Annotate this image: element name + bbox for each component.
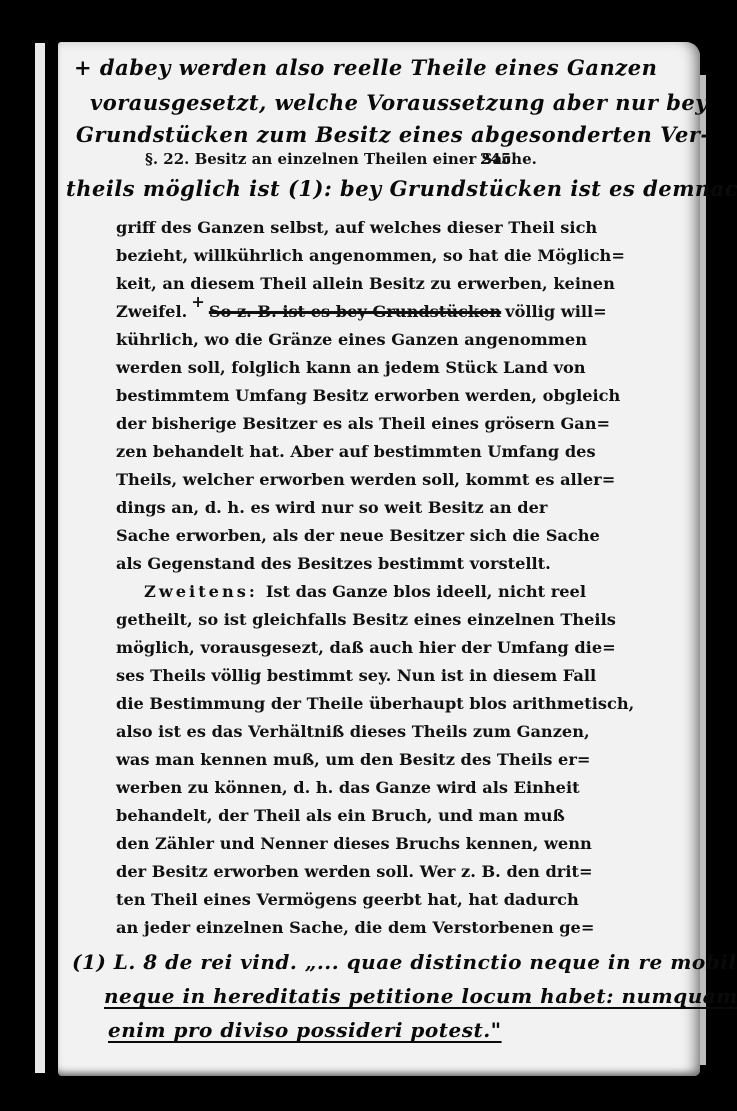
text-line: den Zähler und Nenner dieses Bruchs kenn… (116, 834, 576, 853)
text-line: also ist es das Verhältniß dieses Theils… (116, 722, 576, 741)
handwritten-line-4: theils möglich ist (1): bey Grundstücken… (66, 176, 737, 201)
section-number: §. 22. (145, 150, 189, 168)
text-line: behandelt, der Theil als ein Bruch, und … (116, 806, 576, 825)
text-line: der bisherige Besitzer es als Theil eine… (116, 414, 576, 433)
text-fragment: völlig will= (505, 302, 607, 321)
text-line: an jeder einzelnen Sache, die dem Versto… (116, 918, 576, 937)
text-line: dings an, d. h. es wird nur so weit Besi… (116, 498, 576, 517)
text-line: Sache erworben, als der neue Besitzer si… (116, 526, 576, 545)
text-fragment: Zweifel. (116, 302, 187, 321)
text-line: als Gegenstand des Besitzes bestimmt vor… (116, 554, 576, 573)
text-line-with-strike: Zweifel. + So z. B. ist es bey Grundstüc… (116, 302, 576, 321)
text-line: griff des Ganzen selbst, auf welches die… (116, 218, 576, 237)
handwritten-line-3: Grundstücken zum Besitz eines abgesonder… (76, 122, 710, 147)
text-line: werden soll, folglich kann an jedem Stüc… (116, 358, 576, 377)
struck-through-text: So z. B. ist es bey Grundstücken (209, 302, 501, 321)
running-header: §. 22. Besitz an einzelnen Theilen einer… (145, 150, 537, 168)
text-fragment: Ist das Ganze blos ideell, nicht reel (266, 582, 586, 601)
text-line: die Bestimmung der Theile überhaupt blos… (116, 694, 576, 713)
insertion-mark: + (191, 292, 205, 321)
text-line: bestimmtem Umfang Besitz erworben werden… (116, 386, 576, 405)
text-line: kührlich, wo die Gränze eines Ganzen ang… (116, 330, 576, 349)
footnote-line-3: enim pro diviso possideri potest." (108, 1018, 502, 1042)
text-line: Theils, welcher erworben werden soll, ko… (116, 470, 576, 489)
zweitens-label: Zweitens: (144, 582, 258, 601)
text-line: bezieht, willkührlich angenommen, so hat… (116, 246, 576, 265)
text-line: getheilt, so ist gleichfalls Besitz eine… (116, 610, 576, 629)
footnote-line-2: neque in hereditatis petitione locum hab… (104, 984, 737, 1008)
text-line: werben zu können, d. h. das Ganze wird a… (116, 778, 576, 797)
text-line: ten Theil eines Vermögens geerbt hat, ha… (116, 890, 576, 909)
text-line: möglich, vorausgesezt, daß auch hier der… (116, 638, 576, 657)
page-number: 245 (480, 150, 511, 168)
text-line: der Besitz erworben werden soll. Wer z. … (116, 862, 576, 881)
handwritten-line-1: + dabey werden also reelle Theile eines … (74, 55, 657, 80)
text-line: keit, an diesem Theil allein Besitz zu e… (116, 274, 576, 293)
left-page-edge-strip (35, 43, 45, 1073)
text-line: ses Theils völlig bestimmt sey. Nun ist … (116, 666, 576, 685)
right-page-edge (700, 75, 706, 1065)
handwritten-line-2: vorausgesetzt, welche Voraussetzung aber… (90, 90, 708, 115)
footnote-line-1: (1) L. 8 de rei vind. „... quae distinct… (72, 950, 737, 974)
text-line: zen behandelt hat. Aber auf bestimmten U… (116, 442, 576, 461)
text-line-zweitens: Zweitens: Ist das Ganze blos ideell, nic… (116, 582, 576, 601)
text-line: was man kennen muß, um den Besitz des Th… (116, 750, 576, 769)
